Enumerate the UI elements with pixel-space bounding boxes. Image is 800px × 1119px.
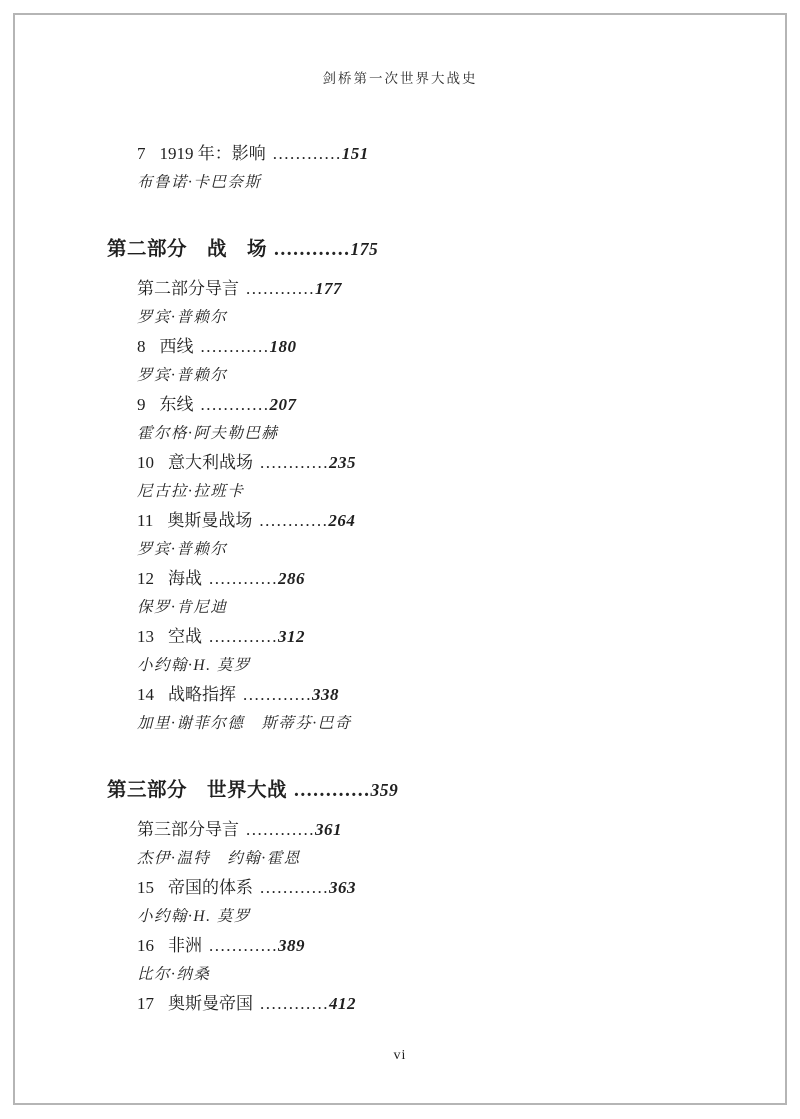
toc-part-heading: 第三部分世界大战............359: [107, 772, 785, 809]
leader-dots: ............: [273, 144, 342, 163]
chapter-page-number: 338: [312, 685, 339, 704]
chapter-page-number: 363: [329, 878, 356, 897]
chapter-number: 14: [137, 680, 154, 709]
chapter-number: 10: [137, 448, 154, 477]
chapter-title: 意大利战场: [168, 453, 253, 472]
leader-dots: ............: [246, 820, 315, 839]
toc-entry: 8西线............180: [137, 332, 785, 361]
chapter-number: 15: [137, 873, 154, 902]
chapter-page-number: 180: [270, 337, 297, 356]
chapter-title: 西线: [160, 337, 194, 356]
leader-dots: ............: [201, 337, 270, 356]
chapter-page-number: 312: [278, 627, 305, 646]
toc-author: 保罗·肯尼迪: [137, 593, 785, 622]
chapter-page-number: 264: [328, 511, 355, 530]
toc-author: 尼古拉·拉班卡: [137, 477, 785, 506]
part-title: 世界大战: [207, 780, 287, 801]
leader-dots: ............: [243, 685, 312, 704]
chapter-title: 帝国的体系: [168, 878, 253, 897]
toc-author: 霍尔格·阿夫勒巴赫: [137, 419, 785, 448]
toc-entry: 15帝国的体系............363: [137, 873, 785, 902]
toc-entry: 12海战............286: [137, 564, 785, 593]
chapter-title: 第二部分导言: [137, 279, 239, 298]
chapter-page-number: 177: [315, 279, 342, 298]
toc-part-heading: 第二部分战 场............175: [107, 231, 785, 268]
toc-entry: 9东线............207: [137, 390, 785, 419]
chapter-title: 东线: [160, 395, 194, 414]
toc-entry: 17奥斯曼帝国............412: [137, 989, 785, 1018]
chapter-title: 1919 年：影响: [160, 144, 266, 163]
part-page-number: 359: [371, 780, 399, 800]
toc-author: 罗宾·普赖尔: [137, 535, 785, 564]
chapter-title: 奥斯曼战场: [167, 511, 252, 530]
chapter-number: 9: [137, 390, 146, 419]
leader-dots: ............: [260, 878, 329, 897]
leader-dots: ............: [294, 780, 371, 801]
leader-dots: ............: [201, 395, 270, 414]
leader-dots: ............: [209, 569, 278, 588]
chapter-page-number: 151: [342, 144, 369, 163]
chapter-number: 11: [137, 506, 153, 535]
table-of-contents: 71919 年：影响............151布鲁诺·卡巴奈斯第二部分战 场…: [15, 139, 785, 1018]
chapter-number: 17: [137, 989, 154, 1018]
part-page-number: 175: [351, 239, 379, 259]
leader-dots: ............: [246, 279, 315, 298]
toc-author: 比尔·纳桑: [137, 960, 785, 989]
toc-entry: 10意大利战场............235: [137, 448, 785, 477]
chapter-title: 奥斯曼帝国: [168, 994, 253, 1013]
chapter-title: 第三部分导言: [137, 820, 239, 839]
toc-author: 小约翰·H. 莫罗: [137, 651, 785, 680]
chapter-page-number: 207: [270, 395, 297, 414]
chapter-page-number: 235: [329, 453, 356, 472]
book-page: 剑桥第一次世界大战史 71919 年：影响............151布鲁诺·…: [13, 13, 787, 1105]
toc-entry: 14战略指挥............338: [137, 680, 785, 709]
toc-entry: 16非洲............389: [137, 931, 785, 960]
toc-entry: 第二部分导言............177: [137, 274, 785, 303]
leader-dots: ............: [209, 627, 278, 646]
chapter-page-number: 286: [278, 569, 305, 588]
chapter-title: 海战: [168, 569, 202, 588]
chapter-page-number: 412: [329, 994, 356, 1013]
toc-author: 小约翰·H. 莫罗: [137, 902, 785, 931]
page-number: vi: [15, 1048, 785, 1064]
chapter-title: 空战: [168, 627, 202, 646]
part-label: 第三部分: [107, 780, 187, 801]
chapter-number: 7: [137, 139, 146, 168]
toc-author: 罗宾·普赖尔: [137, 361, 785, 390]
toc-entry: 71919 年：影响............151: [137, 139, 785, 168]
toc-author: 加里·谢菲尔德 斯蒂芬·巴奇: [137, 709, 785, 738]
chapter-page-number: 389: [278, 936, 305, 955]
leader-dots: ............: [274, 239, 351, 260]
chapter-title: 非洲: [168, 936, 202, 955]
leader-dots: ............: [260, 994, 329, 1013]
leader-dots: ............: [209, 936, 278, 955]
toc-author: 罗宾·普赖尔: [137, 303, 785, 332]
toc-author: 杰伊·温特 约翰·霍恩: [137, 844, 785, 873]
part-label: 第二部分: [107, 239, 187, 260]
chapter-page-number: 361: [315, 820, 342, 839]
chapter-number: 12: [137, 564, 154, 593]
leader-dots: ............: [259, 511, 328, 530]
toc-author: 布鲁诺·卡巴奈斯: [137, 168, 785, 197]
toc-entry: 13空战............312: [137, 622, 785, 651]
toc-entry: 第三部分导言............361: [137, 815, 785, 844]
chapter-number: 8: [137, 332, 146, 361]
chapter-number: 13: [137, 622, 154, 651]
chapter-number: 16: [137, 931, 154, 960]
toc-entry: 11奥斯曼战场............264: [137, 506, 785, 535]
part-title: 战 场: [207, 239, 267, 260]
running-head: 剑桥第一次世界大战史: [15, 67, 785, 87]
leader-dots: ............: [260, 453, 329, 472]
chapter-title: 战略指挥: [168, 685, 236, 704]
